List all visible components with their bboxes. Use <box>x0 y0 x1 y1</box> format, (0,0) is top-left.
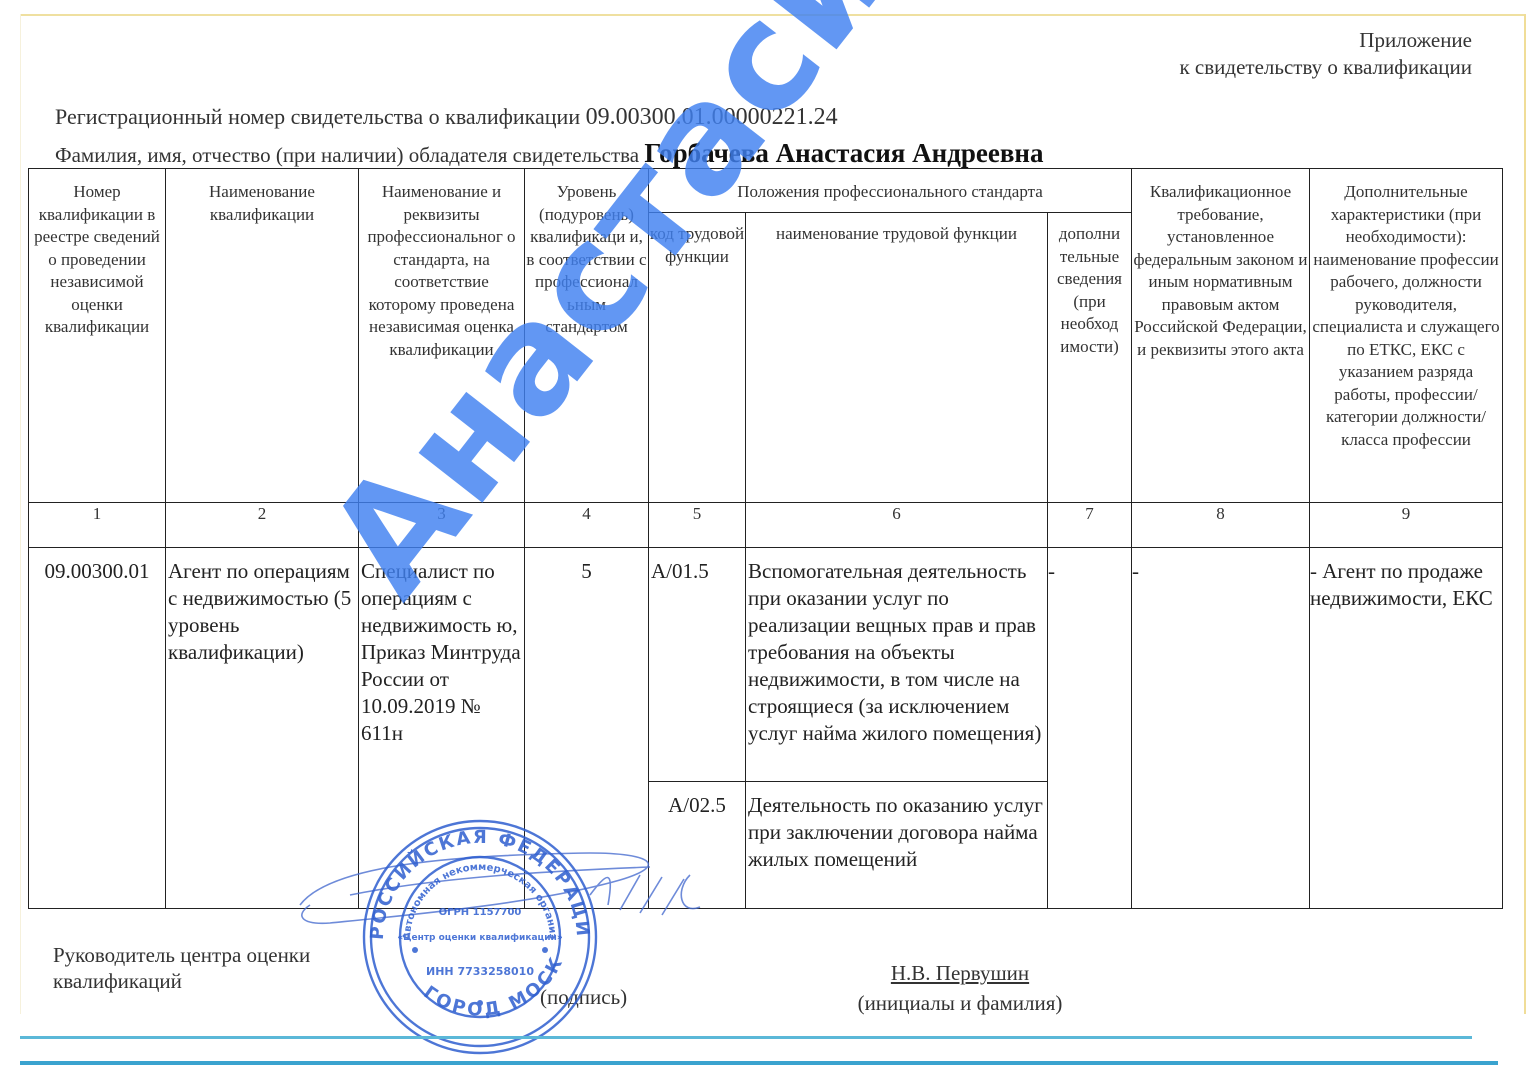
column-number-2: 2 <box>166 503 359 548</box>
cell-function-name-2: Деятельность по оказанию услуг при заклю… <box>746 782 1048 909</box>
header-qualification-name: Наименование квалификации <box>166 169 359 503</box>
signer-caption: (инициалы и фамилия) <box>760 988 1160 1018</box>
cell-additional-info: - <box>1048 548 1132 909</box>
footer-rule-thick <box>20 1061 1498 1065</box>
holder-line: Фамилия, имя, отчество (при наличии) обл… <box>55 138 1044 169</box>
holder-label: Фамилия, имя, отчество (при наличии) обл… <box>55 143 639 167</box>
cell-qualification-number: 09.00300.01 <box>29 548 166 909</box>
svg-text:«Центр оценки квалификации»: «Центр оценки квалификации» <box>397 933 562 943</box>
column-number-9: 9 <box>1310 503 1503 548</box>
registration-number: 09.00300.01.00000221.24 <box>586 104 838 130</box>
signatory-role: Руководитель центра оценки квалификаций <box>53 942 353 994</box>
appendix-line-1: Приложение <box>1179 27 1472 54</box>
header-function-name: наименование трудовой функции <box>746 213 1048 503</box>
signer-block: Н.В. Первушин (инициалы и фамилия) <box>760 958 1160 1018</box>
page-frame-top <box>20 14 1525 16</box>
registration-label: Регистрационный номер свидетельства о кв… <box>55 104 580 129</box>
footer-rule-thin <box>20 1036 1472 1039</box>
header-qualification-level: Уровень (подуровень) квалификаци и, в со… <box>525 169 649 503</box>
registration-number-line: Регистрационный номер свидетельства о кв… <box>55 104 838 131</box>
svg-text:ИНН 7733258010: ИНН 7733258010 <box>426 965 534 978</box>
column-number-4: 4 <box>525 503 649 548</box>
svg-text:ОГРН 1157700: ОГРН 1157700 <box>439 907 522 918</box>
appendix-heading: Приложение к свидетельству о квалификаци… <box>1179 27 1472 81</box>
page-frame-right <box>1524 14 1526 1014</box>
qualification-table: Номер квалификации в реестре сведений о … <box>28 168 1503 909</box>
cell-function-name-1: Вспомогательная деятельность при оказани… <box>746 548 1048 782</box>
table-row: 09.00300.01 Агент по операциям с недвижи… <box>29 548 1503 782</box>
cell-additional-characteristics: - Агент по продаже недвижимости, ЕКС <box>1310 548 1503 909</box>
header-professional-standard: Наименование и реквизиты профессионально… <box>359 169 525 503</box>
appendix-line-2: к свидетельству о квалификации <box>1179 54 1472 81</box>
header-qualification-number: Номер квалификации в реестре сведений о … <box>29 169 166 503</box>
header-function-code: код трудовой функции <box>649 213 746 503</box>
organization-stamp: РОССИЙСКАЯ ФЕДЕРАЦИЯ ГОРОД МОСКВА Автоно… <box>355 815 605 1060</box>
header-qualification-requirement: Квалификационное требование, установленн… <box>1132 169 1310 503</box>
header-additional-characteristics: Дополнительные характеристики (при необх… <box>1310 169 1503 503</box>
signer-name: Н.В. Первушин <box>760 958 1160 988</box>
column-number-6: 6 <box>746 503 1048 548</box>
cell-function-code-1: А/01.5 <box>649 548 746 782</box>
column-number-5: 5 <box>649 503 746 548</box>
header-additional-info: дополни тельные сведения (при необход им… <box>1048 213 1132 503</box>
page-frame-left <box>20 14 21 1014</box>
cell-qualification-requirement: - <box>1132 548 1310 909</box>
holder-name: Горбачева Анастасия Андреевна <box>644 138 1043 168</box>
column-number-8: 8 <box>1132 503 1310 548</box>
column-number-7: 7 <box>1048 503 1132 548</box>
header-standard-provisions: Положения профессионального стандарта <box>649 169 1132 213</box>
column-number-1: 1 <box>29 503 166 548</box>
signatory-role-text: Руководитель центра оценки квалификаций <box>53 942 353 994</box>
column-number-3: 3 <box>359 503 525 548</box>
